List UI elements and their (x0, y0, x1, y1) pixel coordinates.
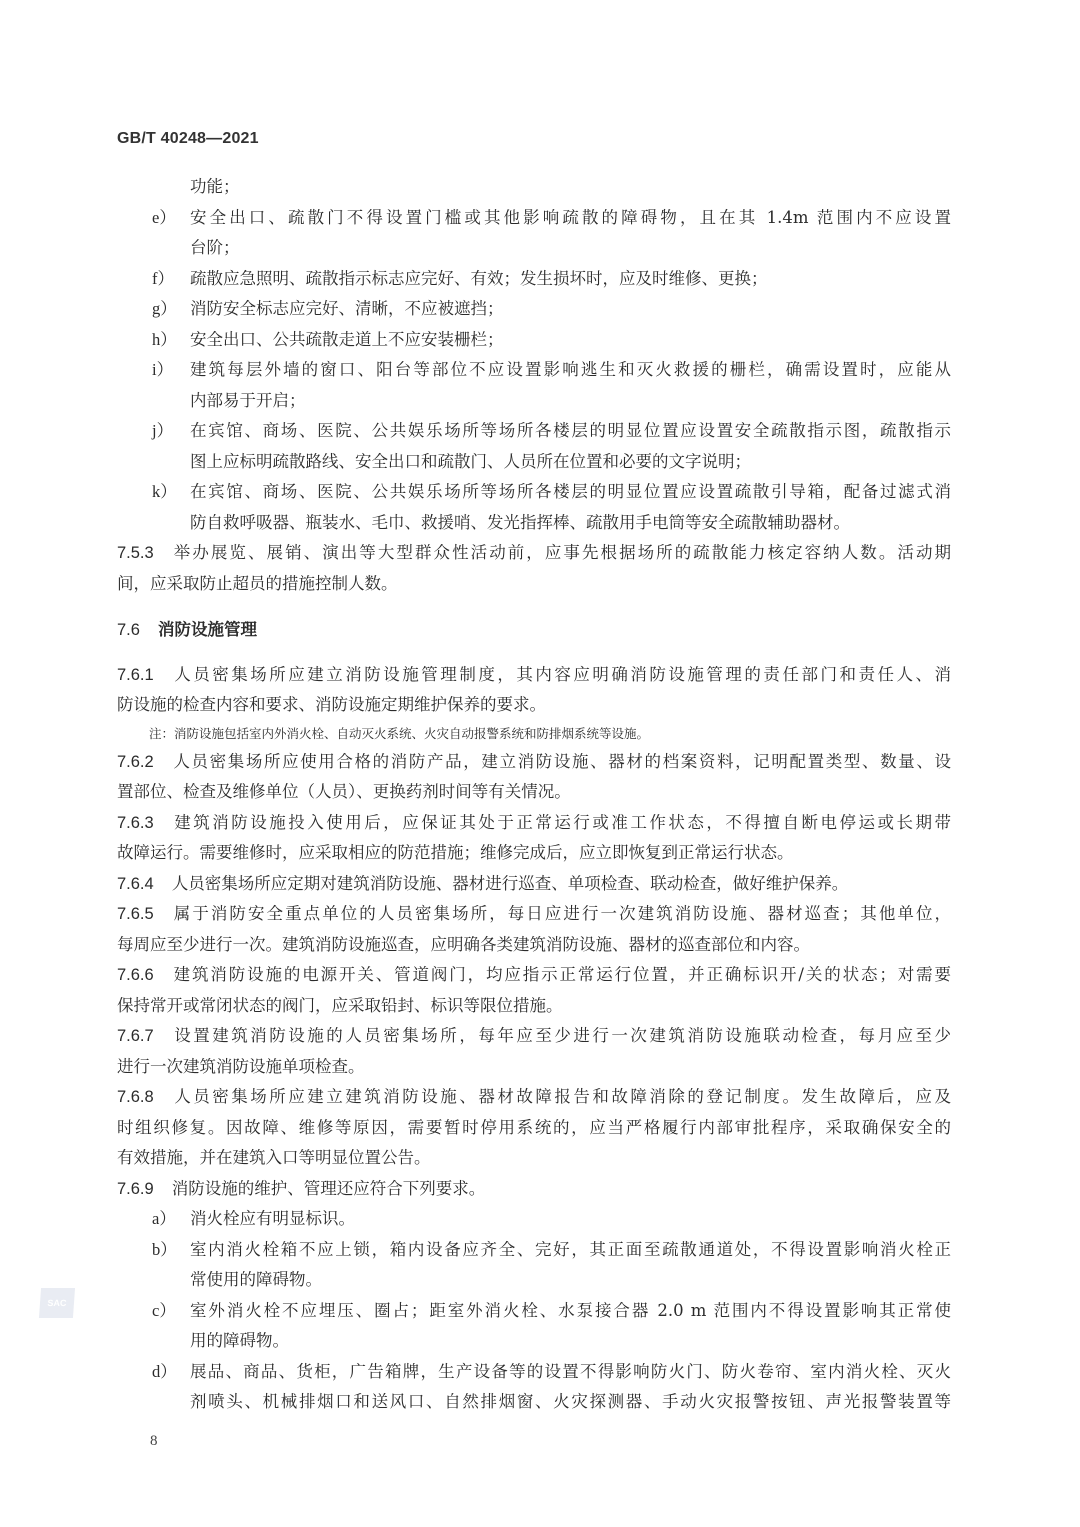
list-text: 安全出口、疏散门不得设置门槛或其他影响疏散的障碍物，且在其 1.4m 范围内不应… (190, 203, 951, 234)
list-text: 建筑每层外墙的窗口、阳台等部位不应设置影响逃生和灭火救援的栅栏，确需设置时，应能… (190, 355, 951, 386)
list-text: 室内消火栓箱不应上锁，箱内设备应齐全、完好，其正面至疏散通道处，不得设置影响消火… (190, 1235, 951, 1266)
clause-number: 7.6.2 (117, 753, 154, 771)
clause-text: 每周应至少进行一次。建筑消防设施巡查，应明确各类建筑消防设施、器材的巡查部位和内… (117, 930, 951, 961)
list-label: b） (152, 1235, 177, 1266)
list-text: 内部易于开启； (190, 386, 951, 417)
clause-text: 有效措施，并在建筑入口等明显位置公告。 (117, 1143, 951, 1174)
list-item-k: k） 在宾馆、商场、医院、公共娱乐场所等场所各楼层的明显位置应设置疏散引导箱，配… (117, 477, 951, 538)
clause-text: 属于消防安全重点单位的人员密集场所，每日应进行一次建筑消防设施、器材巡查；其他单… (172, 904, 951, 923)
list-label: g） (152, 294, 177, 325)
list-item-d: d） 展品、商品、货柜，广告箱牌，生产设备等的设置不得影响防火门、防火卷帘、室内… (117, 1357, 951, 1418)
clause-text: 防设施的检查内容和要求、消防设施定期维护保养的要求。 (117, 690, 951, 721)
list-label: k） (152, 477, 177, 508)
list-item-b: b） 室内消火栓箱不应上锁，箱内设备应齐全、完好，其正面至疏散通道处，不得设置影… (117, 1235, 951, 1296)
clause-7-6-2: 7.6.2人员密集场所应使用合格的消防产品，建立消防设施、器材的档案资料，记明配… (117, 747, 951, 808)
clause-text: 消防设施的维护、管理还应符合下列要求。 (172, 1179, 486, 1198)
clause-text: 人员密集场所应建立建筑消防设施、器材故障报告和故障消除的登记制度。发生故障后，应… (172, 1087, 951, 1106)
clause-7-6-6: 7.6.6建筑消防设施的电源开关、管道阀门，均应指示正常运行位置，并正确标识开/… (117, 960, 951, 1021)
list-text: 安全出口、公共疏散走道上不应安装栅栏； (190, 325, 951, 356)
clause-text: 置部位、检查及维修单位（人员）、更换药剂时间等有关情况。 (117, 777, 951, 808)
page-number: 8 (150, 1433, 158, 1450)
list-item-i: i） 建筑每层外墙的窗口、阳台等部位不应设置影响逃生和灭火救援的栅栏，确需设置时… (117, 355, 951, 416)
list-label: e） (152, 203, 176, 234)
list-text: 图上应标明疏散路线、安全出口和疏散门、人员所在位置和必要的文字说明； (190, 447, 951, 478)
list-label: h） (152, 325, 177, 356)
clause-number: 7.6.8 (117, 1088, 154, 1106)
list-label: i） (152, 355, 173, 386)
list-text: 消防安全标志应完好、清晰，不应被遮挡； (190, 294, 951, 325)
list-text: 用的障碍物。 (190, 1326, 951, 1357)
list-item-h: h） 安全出口、公共疏散走道上不应安装栅栏； (117, 325, 951, 356)
list-text: 在宾馆、商场、医院、公共娱乐场所等场所各楼层的明显位置应设置安全疏散指示图，疏散… (190, 416, 951, 447)
clause-7-6-3: 7.6.3建筑消防设施投入使用后，应保证其处于正常运行或准工作状态，不得擅自断电… (117, 808, 951, 869)
clause-number: 7.6.9 (117, 1180, 154, 1198)
list-item-f: f） 疏散应急照明、疏散指示标志应完好、有效；发生损坏时，应及时维修、更换； (117, 264, 951, 295)
clause-text: 设置建筑消防设施的人员密集场所，每年应至少进行一次建筑消防设施联动检查，每月应至… (172, 1026, 951, 1045)
standard-number-header: GB/T 40248—2021 (117, 130, 259, 148)
list-item-c: c） 室外消火栓不应埋压、圈占；距室外消火栓、水泵接合器 2.0 m 范围内不得… (117, 1296, 951, 1357)
clause-text: 进行一次建筑消防设施单项检查。 (117, 1052, 951, 1083)
list-text: 展品、商品、货柜，广告箱牌，生产设备等的设置不得影响防火门、防火卷帘、室内消火栓… (190, 1357, 951, 1388)
sac-watermark-logo: SAC (39, 1288, 75, 1318)
clause-text: 建筑消防设施投入使用后，应保证其处于正常运行或准工作状态，不得擅自断电停运或长期… (172, 813, 951, 832)
list-text: 台阶； (190, 233, 951, 264)
clause-text: 故障运行。需要维修时，应采取相应的防范措施；维修完成后，应立即恢复到正常运行状态… (117, 838, 951, 869)
clause-7-6-4: 7.6.4人员密集场所应定期对建筑消防设施、器材进行巡查、单项检查、联动检查，做… (117, 869, 951, 900)
clause-text: 人员密集场所应使用合格的消防产品，建立消防设施、器材的档案资料，记明配置类型、数… (172, 752, 951, 771)
list-item-a: a） 消火栓应有明显标识。 (117, 1204, 951, 1235)
clause-7-6-1: 7.6.1人员密集场所应建立消防设施管理制度，其内容应明确消防设施管理的责任部门… (117, 660, 951, 721)
list-label: a） (152, 1204, 176, 1235)
clause-text: 间，应采取防止超员的措施控制人数。 (117, 569, 951, 600)
list-label: j） (152, 416, 173, 447)
clause-text: 建筑消防设施的电源开关、管道阀门，均应指示正常运行位置，并正确标识开/关的状态；… (172, 965, 951, 984)
clause-text: 人员密集场所应建立消防设施管理制度，其内容应明确消防设施管理的责任部门和责任人、… (172, 665, 951, 684)
clause-number: 7.6.7 (117, 1027, 154, 1045)
clause-text: 举办展览、展销、演出等大型群众性活动前，应事先根据场所的疏散能力核定容纳人数。活… (172, 543, 951, 562)
list-label: f） (152, 264, 174, 295)
clause-number: 7.6.1 (117, 666, 154, 684)
clause-number: 7.6.5 (117, 905, 154, 923)
section-heading-7-6: 7.6消防设施管理 (117, 615, 951, 646)
document-body: 功能； e） 安全出口、疏散门不得设置门槛或其他影响疏散的障碍物，且在其 1.4… (117, 172, 951, 1418)
clause-text: 保持常开或常闭状态的阀门，应采取铅封、标识等限位措施。 (117, 991, 951, 1022)
document-page: GB/T 40248—2021 功能； e） 安全出口、疏散门不得设置门槛或其他… (0, 0, 1080, 1527)
clause-text: 人员密集场所应定期对建筑消防设施、器材进行巡查、单项检查、联动检查，做好维护保养… (172, 874, 849, 893)
clause-7-6-7: 7.6.7设置建筑消防设施的人员密集场所，每年应至少进行一次建筑消防设施联动检查… (117, 1021, 951, 1082)
clause-text: 时组织修复。因故障、维修等原因，需要暂时停用系统的，应当严格履行内部审批程序，采… (117, 1113, 951, 1144)
clause-7-6-9: 7.6.9消防设施的维护、管理还应符合下列要求。 (117, 1174, 951, 1205)
section-title: 消防设施管理 (158, 620, 257, 639)
list-text: 防自救呼吸器、瓶装水、毛巾、救援哨、发光指挥棒、疏散用手电筒等安全疏散辅助器材。 (190, 508, 951, 539)
list-text: 剂喷头、机械排烟口和送风口、自然排烟窗、火灾探测器、手动火灾报警按钮、声光报警装… (190, 1387, 951, 1418)
clause-number: 7.6.3 (117, 814, 154, 832)
list-label: d） (152, 1357, 177, 1388)
list-text: 室外消火栓不应埋压、圈占；距室外消火栓、水泵接合器 2.0 m 范围内不得设置影… (190, 1296, 951, 1327)
note-7-6-1: 注：消防设施包括室内外消火栓、自动灭火系统、火灾自动报警系统和防排烟系统等设施。 (117, 721, 951, 747)
list-text: 在宾馆、商场、医院、公共娱乐场所等场所各楼层的明显位置应设置疏散引导箱，配备过滤… (190, 477, 951, 508)
clause-number: 7.6.4 (117, 875, 154, 893)
section-number: 7.6 (117, 621, 140, 639)
list-item-e: e） 安全出口、疏散门不得设置门槛或其他影响疏散的障碍物，且在其 1.4m 范围… (117, 203, 951, 264)
clause-7-6-5: 7.6.5属于消防安全重点单位的人员密集场所，每日应进行一次建筑消防设施、器材巡… (117, 899, 951, 960)
continuation-text: 功能； (117, 172, 951, 203)
clause-number: 7.5.3 (117, 544, 154, 562)
list-item-g: g） 消防安全标志应完好、清晰，不应被遮挡； (117, 294, 951, 325)
clause-7-6-8: 7.6.8人员密集场所应建立建筑消防设施、器材故障报告和故障消除的登记制度。发生… (117, 1082, 951, 1174)
list-item-j: j） 在宾馆、商场、医院、公共娱乐场所等场所各楼层的明显位置应设置安全疏散指示图… (117, 416, 951, 477)
list-label: c） (152, 1296, 176, 1327)
list-text: 常使用的障碍物。 (190, 1265, 951, 1296)
list-text: 消火栓应有明显标识。 (190, 1204, 951, 1235)
list-text: 疏散应急照明、疏散指示标志应完好、有效；发生损坏时，应及时维修、更换； (190, 264, 951, 295)
clause-number: 7.6.6 (117, 966, 154, 984)
clause-7-5-3: 7.5.3举办展览、展销、演出等大型群众性活动前，应事先根据场所的疏散能力核定容… (117, 538, 951, 599)
